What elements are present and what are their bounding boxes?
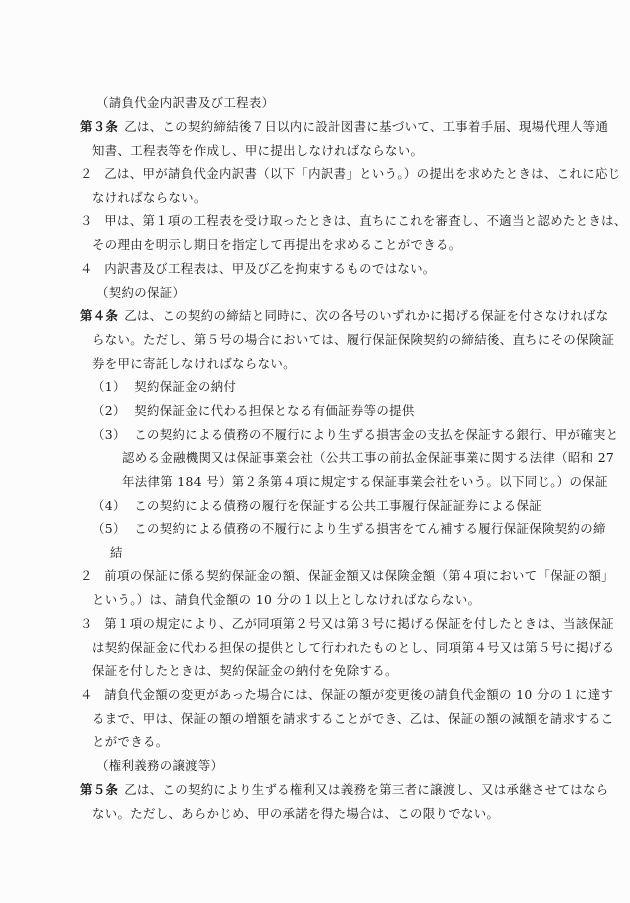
item-number: （1） (92, 379, 130, 395)
item-2: （2） 契約保証金に代わる担保となる有価証券等の提供 (92, 403, 415, 419)
paragraph-number: ２ (80, 166, 100, 182)
item-number: （4） (92, 498, 130, 514)
paragraph-number: ２ (80, 568, 100, 584)
item-number: （5） (92, 521, 130, 537)
paragraph-3: ３ 第１項の規定により、乙が同項第２号又は第３号に掲げる保証を付したときは、当該… (80, 616, 614, 632)
article-text: 乙は、この契約締結後７日以内に設計図書に基づいて、工事着手届、現場代理人等通 (124, 119, 608, 134)
paragraph-number: ４ (80, 261, 100, 277)
item-3: （3） この契約による債務の不履行により生ずる損害金の支払を保証する銀行、甲が確… (92, 427, 618, 443)
paragraph-text: 乙は、甲が請負代金内訳書（以下「内訳書」という。）の提出を求めたときは、これに応… (104, 166, 620, 181)
paragraph-text-continuation: は契約保証金に代わる担保の提供として行われたものとし、同項第４号又は第５号に掲げ… (92, 640, 614, 656)
item-number: （3） (92, 427, 130, 443)
article-text: 乙は、この契約により生ずる権利又は義務を第三者に譲渡し、又は承継させてはなら (124, 782, 608, 797)
item-4: （4） この契約による債務の履行を保証する公共工事履行保証証券による保証 (92, 498, 542, 514)
paragraph-text-continuation: という。）は、請負代金額の 10 分の１以上としなければならない。 (92, 592, 480, 608)
paragraph-text: 前項の保証に係る契約保証金の額、保証金額又は保険金額（第４項において「保証の額」 (104, 568, 614, 583)
article-text-continuation: らない。ただし、第５号の場合においては、履行保証保険契約の締結後、直ちにその保険… (92, 332, 614, 348)
item-text: 契約保証金に代わる担保となる有価証券等の提供 (134, 403, 414, 418)
paragraph-text-continuation: その理由を明示し期日を指定して再提出を求めることができる。 (92, 237, 461, 253)
item-text-continuation: 年法律第 184 号）第２条第４項に規定する保証事業会社をいう。以下同じ。）の保… (122, 474, 608, 490)
item-number: （2） (92, 403, 130, 419)
article-number: 第４条 (80, 308, 120, 324)
paragraph-number: ３ (80, 616, 100, 632)
item-text: この契約による債務の不履行により生ずる損害金の支払を保証する銀行、甲が確実と (134, 427, 618, 442)
article-4-line-1: 第４条 乙は、この契約の締結と同時に、次の各号のいずれかに掲げる保証を付さなけれ… (80, 308, 608, 324)
section-heading: （権利義務の譲渡等） (96, 758, 223, 774)
paragraph-2: ２ 前項の保証に係る契約保証金の額、保証金額又は保険金額（第４項において「保証の… (80, 568, 614, 584)
paragraph-number: ３ (80, 213, 100, 229)
paragraph-text: 内訳書及び工程表は、甲及び乙を拘束するものではない。 (104, 261, 435, 276)
section-heading: （請負代金内訳書及び工程表） (96, 95, 274, 111)
paragraph-2: ２ 乙は、甲が請負代金内訳書（以下「内訳書」という。）の提出を求めたときは、これ… (80, 166, 620, 182)
document-page: （請負代金内訳書及び工程表） 第３条 乙は、この契約締結後７日以内に設計図書に基… (0, 0, 630, 903)
item-text: 契約保証金の納付 (134, 379, 236, 394)
article-5-line-1: 第５条 乙は、この契約により生ずる権利又は義務を第三者に譲渡し、又は承継させては… (80, 782, 608, 798)
paragraph-number: ４ (80, 687, 100, 703)
paragraph-3: ３ 甲は、第１項の工程表を受け取ったときは、直ちにこれを審査し、不適当と認めたと… (80, 213, 627, 229)
article-text-continuation: ない。ただし、あらかじめ、甲の承諾を得た場合は、この限りでない。 (92, 806, 499, 822)
paragraph-text: 請負代金額の変更があった場合には、保証の額が変更後の請負代金額の 10 分の１に… (104, 687, 613, 702)
paragraph-text: 第１項の規定により、乙が同項第２号又は第３号に掲げる保証を付したときは、当該保証 (104, 616, 614, 631)
item-text-continuation: 認める金融機関又は保証事業会社（公共工事の前払金保証事業に関する法律（昭和 27 (122, 450, 614, 466)
paragraph-4: ４ 内訳書及び工程表は、甲及び乙を拘束するものではない。 (80, 261, 436, 277)
item-text-continuation: 結 (110, 545, 123, 561)
paragraph-text-continuation: なければならない。 (92, 190, 207, 206)
article-text-continuation: 券を甲に寄託しなければならない。 (92, 356, 296, 372)
article-text-continuation: 知書、工程表等を作成し、甲に提出しなければならない。 (92, 143, 423, 159)
section-heading: （契約の保証） (96, 285, 185, 301)
article-number: 第５条 (80, 782, 120, 798)
item-1: （1） 契約保証金の納付 (92, 379, 236, 395)
article-number: 第３条 (80, 119, 120, 135)
paragraph-text-continuation: とができる。 (92, 734, 168, 750)
item-text: この契約による債務の不履行により生ずる損害をてん補する履行保証保険契約の締 (134, 521, 605, 536)
paragraph-text-continuation: 保証を付したときは、契約保証金の納付を免除する。 (92, 663, 398, 679)
item-text: この契約による債務の履行を保証する公共工事履行保証証券による保証 (134, 498, 542, 513)
paragraph-4: ４ 請負代金額の変更があった場合には、保証の額が変更後の請負代金額の 10 分の… (80, 687, 613, 703)
paragraph-text: 甲は、第１項の工程表を受け取ったときは、直ちにこれを審査し、不適当と認めたときは… (104, 213, 626, 228)
article-text: 乙は、この契約の締結と同時に、次の各号のいずれかに掲げる保証を付さなければな (124, 308, 608, 323)
paragraph-text-continuation: るまで、甲は、保証の額の増額を請求することができ、乙は、保証の額の減額を請求する… (92, 711, 614, 727)
article-3-line-1: 第３条 乙は、この契約締結後７日以内に設計図書に基づいて、工事着手届、現場代理人… (80, 119, 608, 135)
item-5: （5） この契約による債務の不履行により生ずる損害をてん補する履行保証保険契約の… (92, 521, 606, 537)
